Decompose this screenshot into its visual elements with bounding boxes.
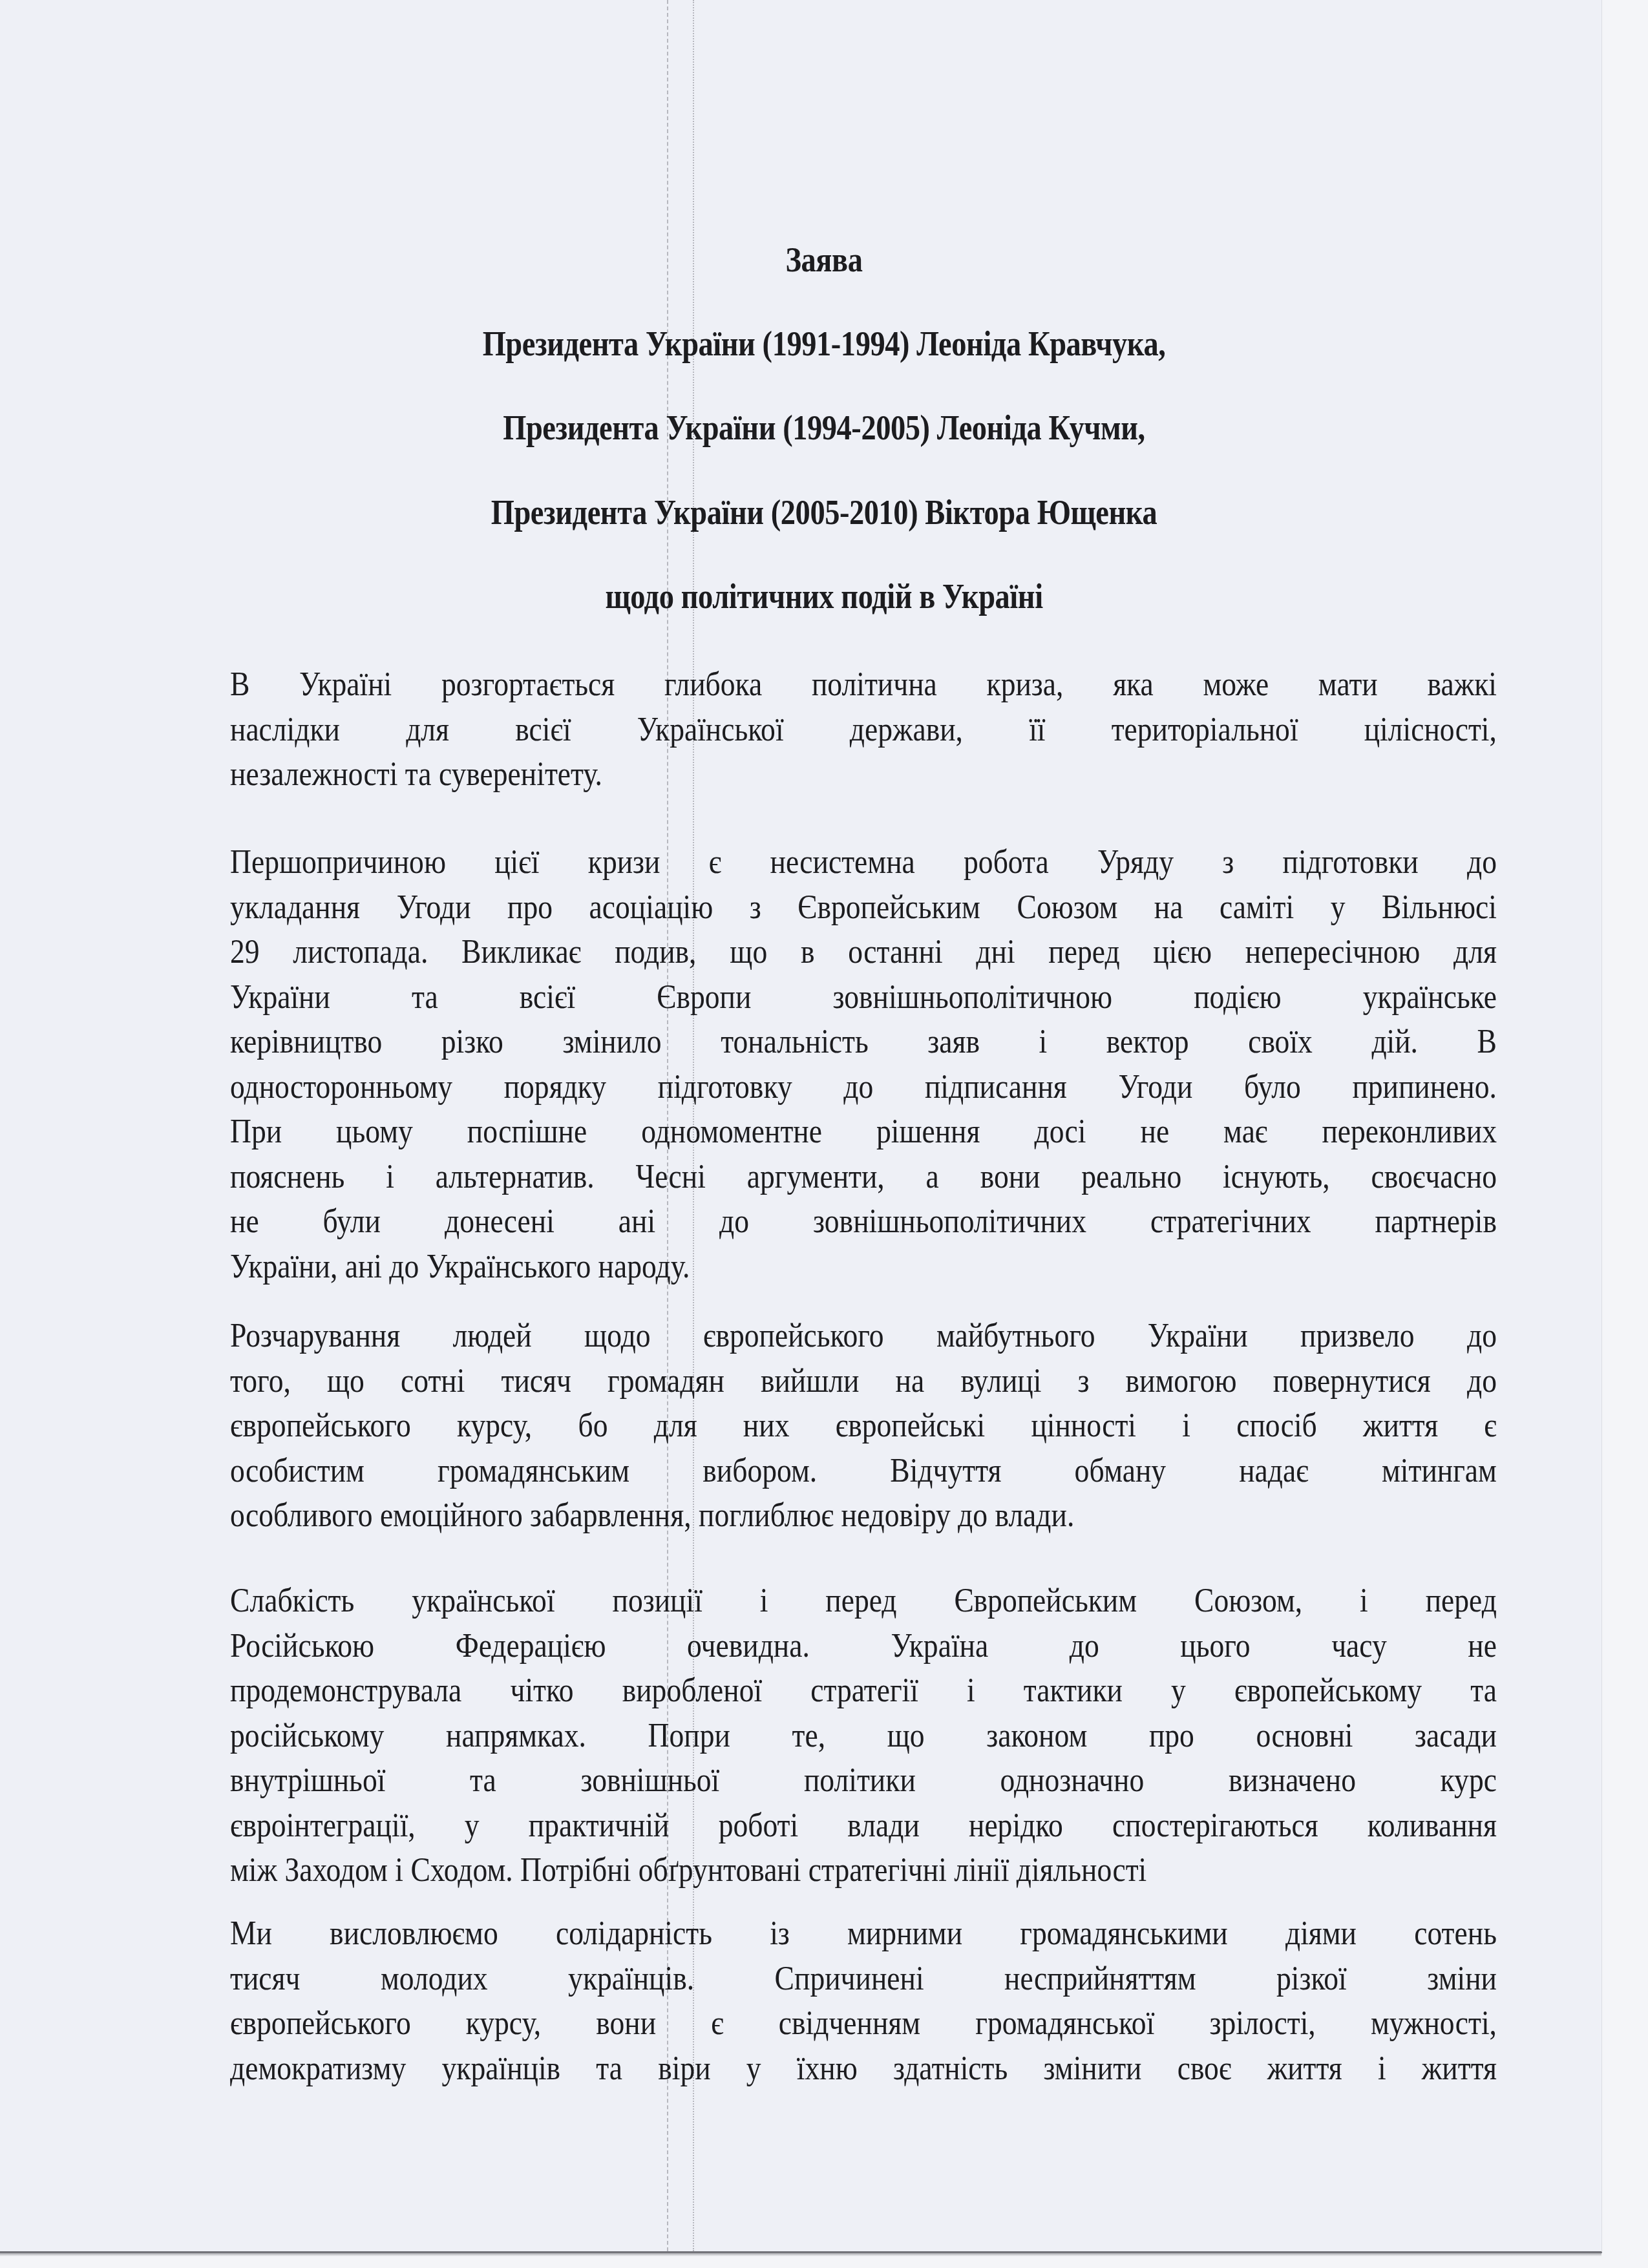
text-line: Розчарування людей щодо європейського ма… [230,1314,1497,1359]
text-line: демократизму українців та віри у їхню зд… [230,2046,1497,2092]
text-line: європейського курсу, бо для них європейс… [230,1403,1497,1449]
text-line: особливого емоційного забарвлення, погли… [230,1493,1497,1538]
text-line: керівництво різко змінило тональність за… [230,1020,1497,1065]
text-line: Ми висловлюємо солідарність із мирними г… [230,1911,1497,1957]
text-line: того, що сотні тисяч громадян вийшли на … [230,1359,1497,1404]
text-line: Слабкість української позиції і перед Єв… [230,1579,1497,1624]
text-line: російському напрямках. Попри те, що зако… [230,1714,1497,1759]
text-line: В Україні розгортається глибока політичн… [230,662,1497,708]
text-line: пояснень і альтернатив. Чесні аргументи,… [230,1155,1497,1200]
page-edge-shadow [0,2251,1601,2256]
text-line: тисяч молодих українців. Спричинені несп… [230,1957,1497,2002]
text-line: односторонньому порядку підготовку до пі… [230,1065,1497,1110]
text-line: наслідки для всієї Української держави, … [230,708,1497,753]
text-line: між Заходом і Сходом. Потрібні обґрунтов… [230,1848,1497,1893]
paragraph-1: В Україні розгортається глибока політичн… [230,662,1497,797]
document-title: Заява [116,240,1533,279]
text-line: При цьому поспішне одномоментне рішення … [230,1109,1497,1155]
text-line: не були донесені ані до зовнішньополітич… [230,1199,1497,1244]
text-line: незалежності та суверенітету. [230,752,1497,797]
text-line: 29 листопада. Викликає подив, що в остан… [230,930,1497,975]
text-line: внутрішньої та зовнішньої політики одноз… [230,1758,1497,1803]
text-line: Російською Федерацією очевидна. Україна … [230,1624,1497,1669]
text-line: укладання Угоди про асоціацію з Європейс… [230,885,1497,930]
subtitle-line: Президента України (1991-1994) Леоніда К… [116,324,1533,363]
paragraph-3: Розчарування людей щодо європейського ма… [230,1314,1497,1538]
subtitle-line: Президента України (2005-2010) Віктора Ю… [116,493,1533,532]
paragraph-5: Ми висловлюємо солідарність із мирними г… [230,1911,1497,2091]
text-line: європейського курсу, вони є свідченням г… [230,2001,1497,2046]
paragraph-4: Слабкість української позиції і перед Єв… [230,1579,1497,1893]
subtitle-line: щодо політичних подій в Україні [116,577,1533,616]
text-line: особистим громадянським вибором. Відчутт… [230,1449,1497,1494]
text-line: України, ані до Українського народу. [230,1244,1497,1290]
text-line: євроінтеграції, у практичній роботі влад… [230,1803,1497,1849]
paragraph-2: Першопричиною цієї кризи є несистемна ро… [230,840,1497,1289]
text-line: України та всієї Європи зовнішньополітич… [230,975,1497,1020]
subtitle-line: Президента України (1994-2005) Леоніда К… [116,408,1533,447]
text-line: Першопричиною цієї кризи є несистемна ро… [230,840,1497,885]
text-line: продемонструвала чітко виробленої страте… [230,1668,1497,1714]
